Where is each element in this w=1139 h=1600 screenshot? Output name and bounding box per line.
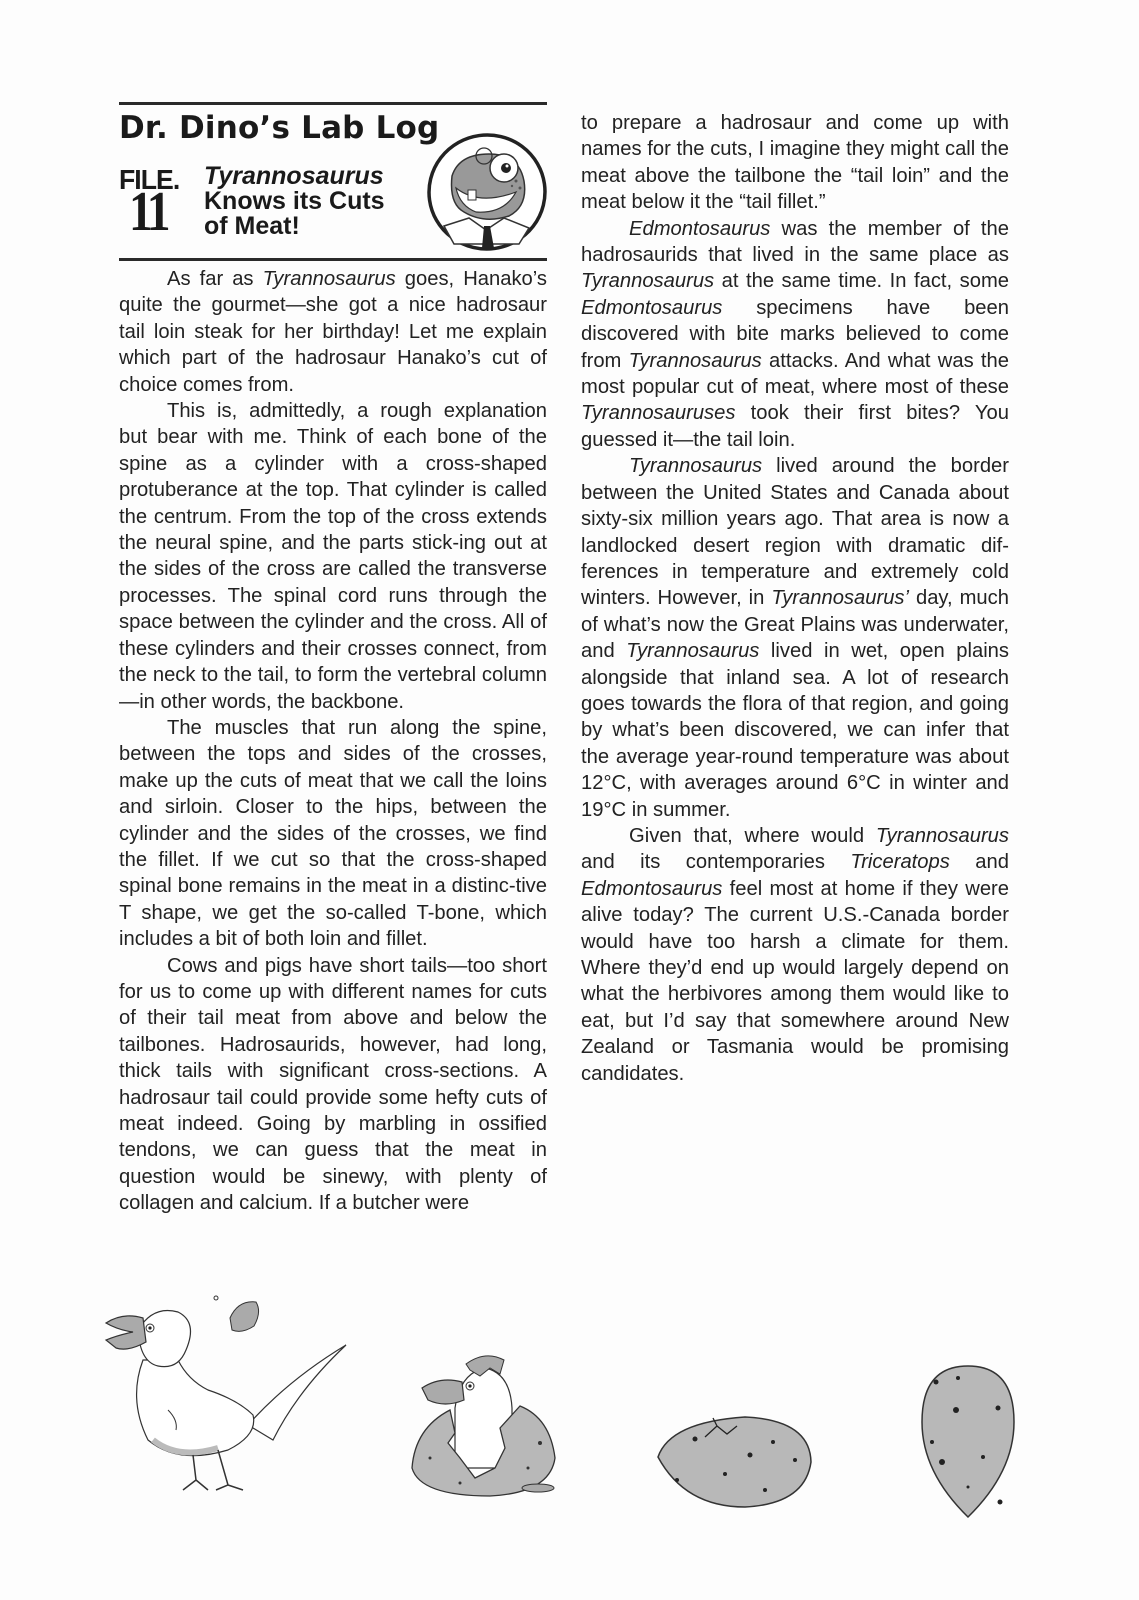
paragraph-4: Cows and pigs have short tails—too short… (119, 953, 547, 1217)
text-run: at the same time. In fact, some (714, 270, 1009, 292)
paragraph-7: Tyrannosaurus lived around the border be… (581, 453, 1009, 823)
text-run: and its contemporaries (581, 851, 850, 873)
column-title: Dr. Dino’s Lab Log (119, 110, 439, 146)
text-run: As far as (167, 268, 263, 290)
paragraph-3: The muscles that run along the spine, be… (119, 715, 547, 953)
article-title-line2: Knows its Cuts (204, 189, 385, 214)
header-bottom-rule (119, 258, 547, 261)
italic-term: Tyrannosaurus (629, 455, 762, 477)
italic-term: Edmontosaurus (581, 878, 722, 900)
cracked-egg-icon (655, 1412, 815, 1512)
article-title-line3: of Meat! (204, 214, 385, 239)
standing-egg-icon (918, 1362, 1018, 1522)
paragraph-2: This is, admittedly, a rough explanation… (119, 398, 547, 715)
paragraph-5: to prepare a hadrosaur and come up with … (581, 110, 1009, 216)
paragraph-6: Edmontosaurus was the member of the hadr… (581, 216, 1009, 454)
italic-term: Edmontosaurus (629, 218, 770, 240)
italic-term: Tyrannosaurus (263, 268, 396, 290)
dinosaur-hatching-icon (400, 1348, 565, 1498)
left-column: As far as Tyrannosaurus goes, Hanako’s q… (119, 266, 547, 1217)
paragraph-8: Given that, where would Tyrannosaurus an… (581, 823, 1009, 1087)
italic-term: Tyrannosaurus (629, 350, 762, 372)
article-header: Dr. Dino’s Lab Log FILE. 11 Tyrannosauru… (119, 102, 547, 260)
article-title: Tyrannosaurus Knows its Cuts of Meat! (204, 164, 385, 239)
header-top-rule (119, 102, 547, 105)
text-run: lived in wet, open plains alongside that… (581, 640, 1009, 820)
italic-term: Edmontosaurus (581, 297, 722, 319)
text-run: Given that, where would (629, 825, 876, 847)
italic-term: Tyrannosaurus (876, 825, 1009, 847)
text-run: and (950, 851, 1009, 873)
paragraph-1: As far as Tyrannosaurus goes, Hanako’s q… (119, 266, 547, 398)
baby-dinosaur-walking-icon (98, 1290, 348, 1495)
italic-term: Tyrannosauruses (581, 402, 735, 424)
dr-dino-mascot-icon (424, 126, 549, 254)
eggshell-fragment-icon (518, 1482, 558, 1494)
file-number: 11 (129, 184, 167, 240)
italic-term: Tyrannosaurus (581, 270, 714, 292)
article-title-line1: Tyrannosaurus (204, 164, 385, 189)
italic-term: Tyrannosaurus’ (771, 587, 909, 609)
right-column: to prepare a hadrosaur and come up with … (581, 110, 1009, 1087)
text-run: feel most at home if they were alive tod… (581, 878, 1009, 1085)
italic-term: Tyrannosaurus (626, 640, 759, 662)
italic-term: Triceratops (850, 851, 949, 873)
